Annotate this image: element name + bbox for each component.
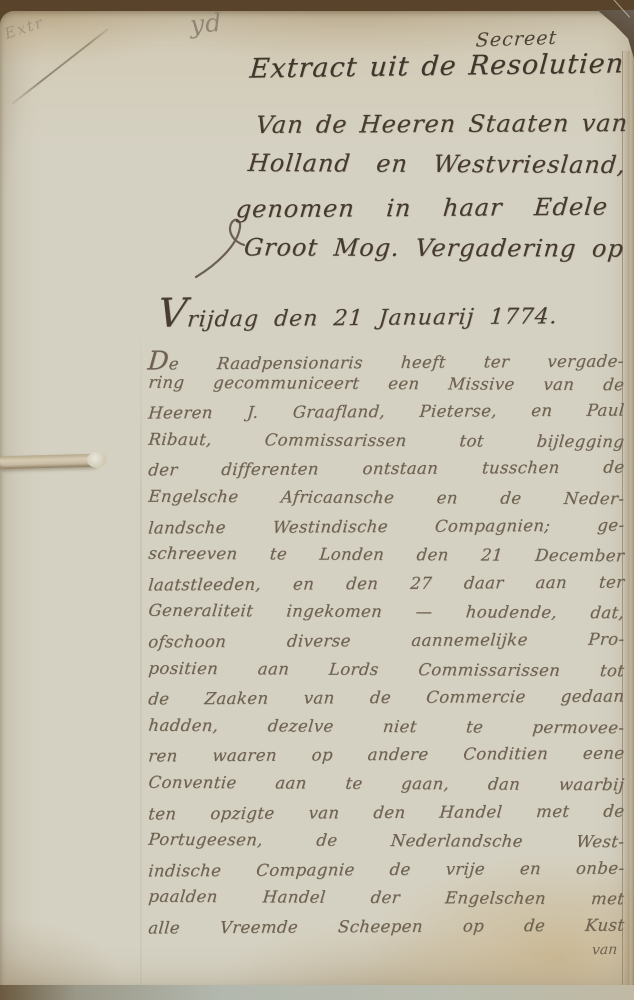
body-line: de Zaaken van de Commercie gedaan [147, 687, 626, 719]
body-line: laatstleeden, en den 27 daar aan ter [147, 572, 626, 604]
classification-label: Secreet [475, 26, 573, 51]
body-line: De Raadpensionaris heeft ter vergade- [147, 344, 626, 376]
scan-backdrop: Extr yd Secreet Extract uit de Resolutie… [0, 0, 634, 1000]
scan-bed-strip [0, 985, 634, 1000]
body-line: hadden, dezelve niet te permovee- [147, 715, 625, 746]
title-line-5: Groot Mog. Vergadering op [243, 233, 625, 262]
body-line: paalden Handel der Engelschen met [147, 887, 625, 918]
title-line-3: Holland en Westvriesland, [247, 149, 627, 179]
body-line: ten opzigte van den Handel met de [147, 801, 626, 833]
title-line-2: Van de Heeren Staaten van [255, 109, 629, 139]
body-line: ofschoon diverse aannemelijke Pro- [147, 629, 626, 661]
title-line-4: genomen in haar Edele [235, 193, 609, 224]
body-line: positien aan Lords Commissarissen tot [147, 658, 625, 689]
margin-crease [140, 311, 142, 987]
body-line: landsche Westindische Compagnien; ge- [147, 515, 626, 547]
body-line: Conventie aan te gaan, dan waarbij [147, 773, 625, 804]
body-line: alle Vreemde Scheepen op de Kust [147, 915, 626, 947]
body-line: ring gecommuniceert een Missive van de [147, 372, 625, 403]
pencil-corner-slash [11, 28, 108, 105]
dateline: Vrijdag den 21 Januarij 1774. [156, 287, 560, 336]
pencil-shelf-mark: yd [189, 8, 223, 39]
pencil-corner-mark: Extr [2, 13, 46, 43]
body-line: ren waaren op andere Conditien eene [147, 744, 626, 776]
body-line: Portugeesen, de Nederlandsche West- [147, 830, 625, 861]
body-line: der differenten ontstaan tusschen de [147, 458, 626, 490]
body-line: Heeren J. Graafland, Pieterse, en Paul [147, 401, 626, 433]
manuscript-page: Extr yd Secreet Extract uit de Resolutie… [0, 11, 634, 987]
body-line: Ribaut, Commissarissen tot bijlegging [147, 430, 625, 461]
pen-flourish [186, 215, 256, 281]
body-line: Generaliteit ingekomen — houdende, dat, [147, 601, 625, 632]
title-line-1: Extract uit de Resolutien [249, 48, 626, 84]
body-line: indische Compagnie de vrije en onbe- [147, 858, 626, 890]
body-line: Engelsche Africaansche en de Neder- [147, 487, 625, 518]
body-line: schreeven te Londen den 21 December [147, 544, 625, 575]
binding-thread [0, 454, 99, 470]
body-text: De Raadpensionaris heeft ter vergade- ri… [148, 345, 624, 945]
